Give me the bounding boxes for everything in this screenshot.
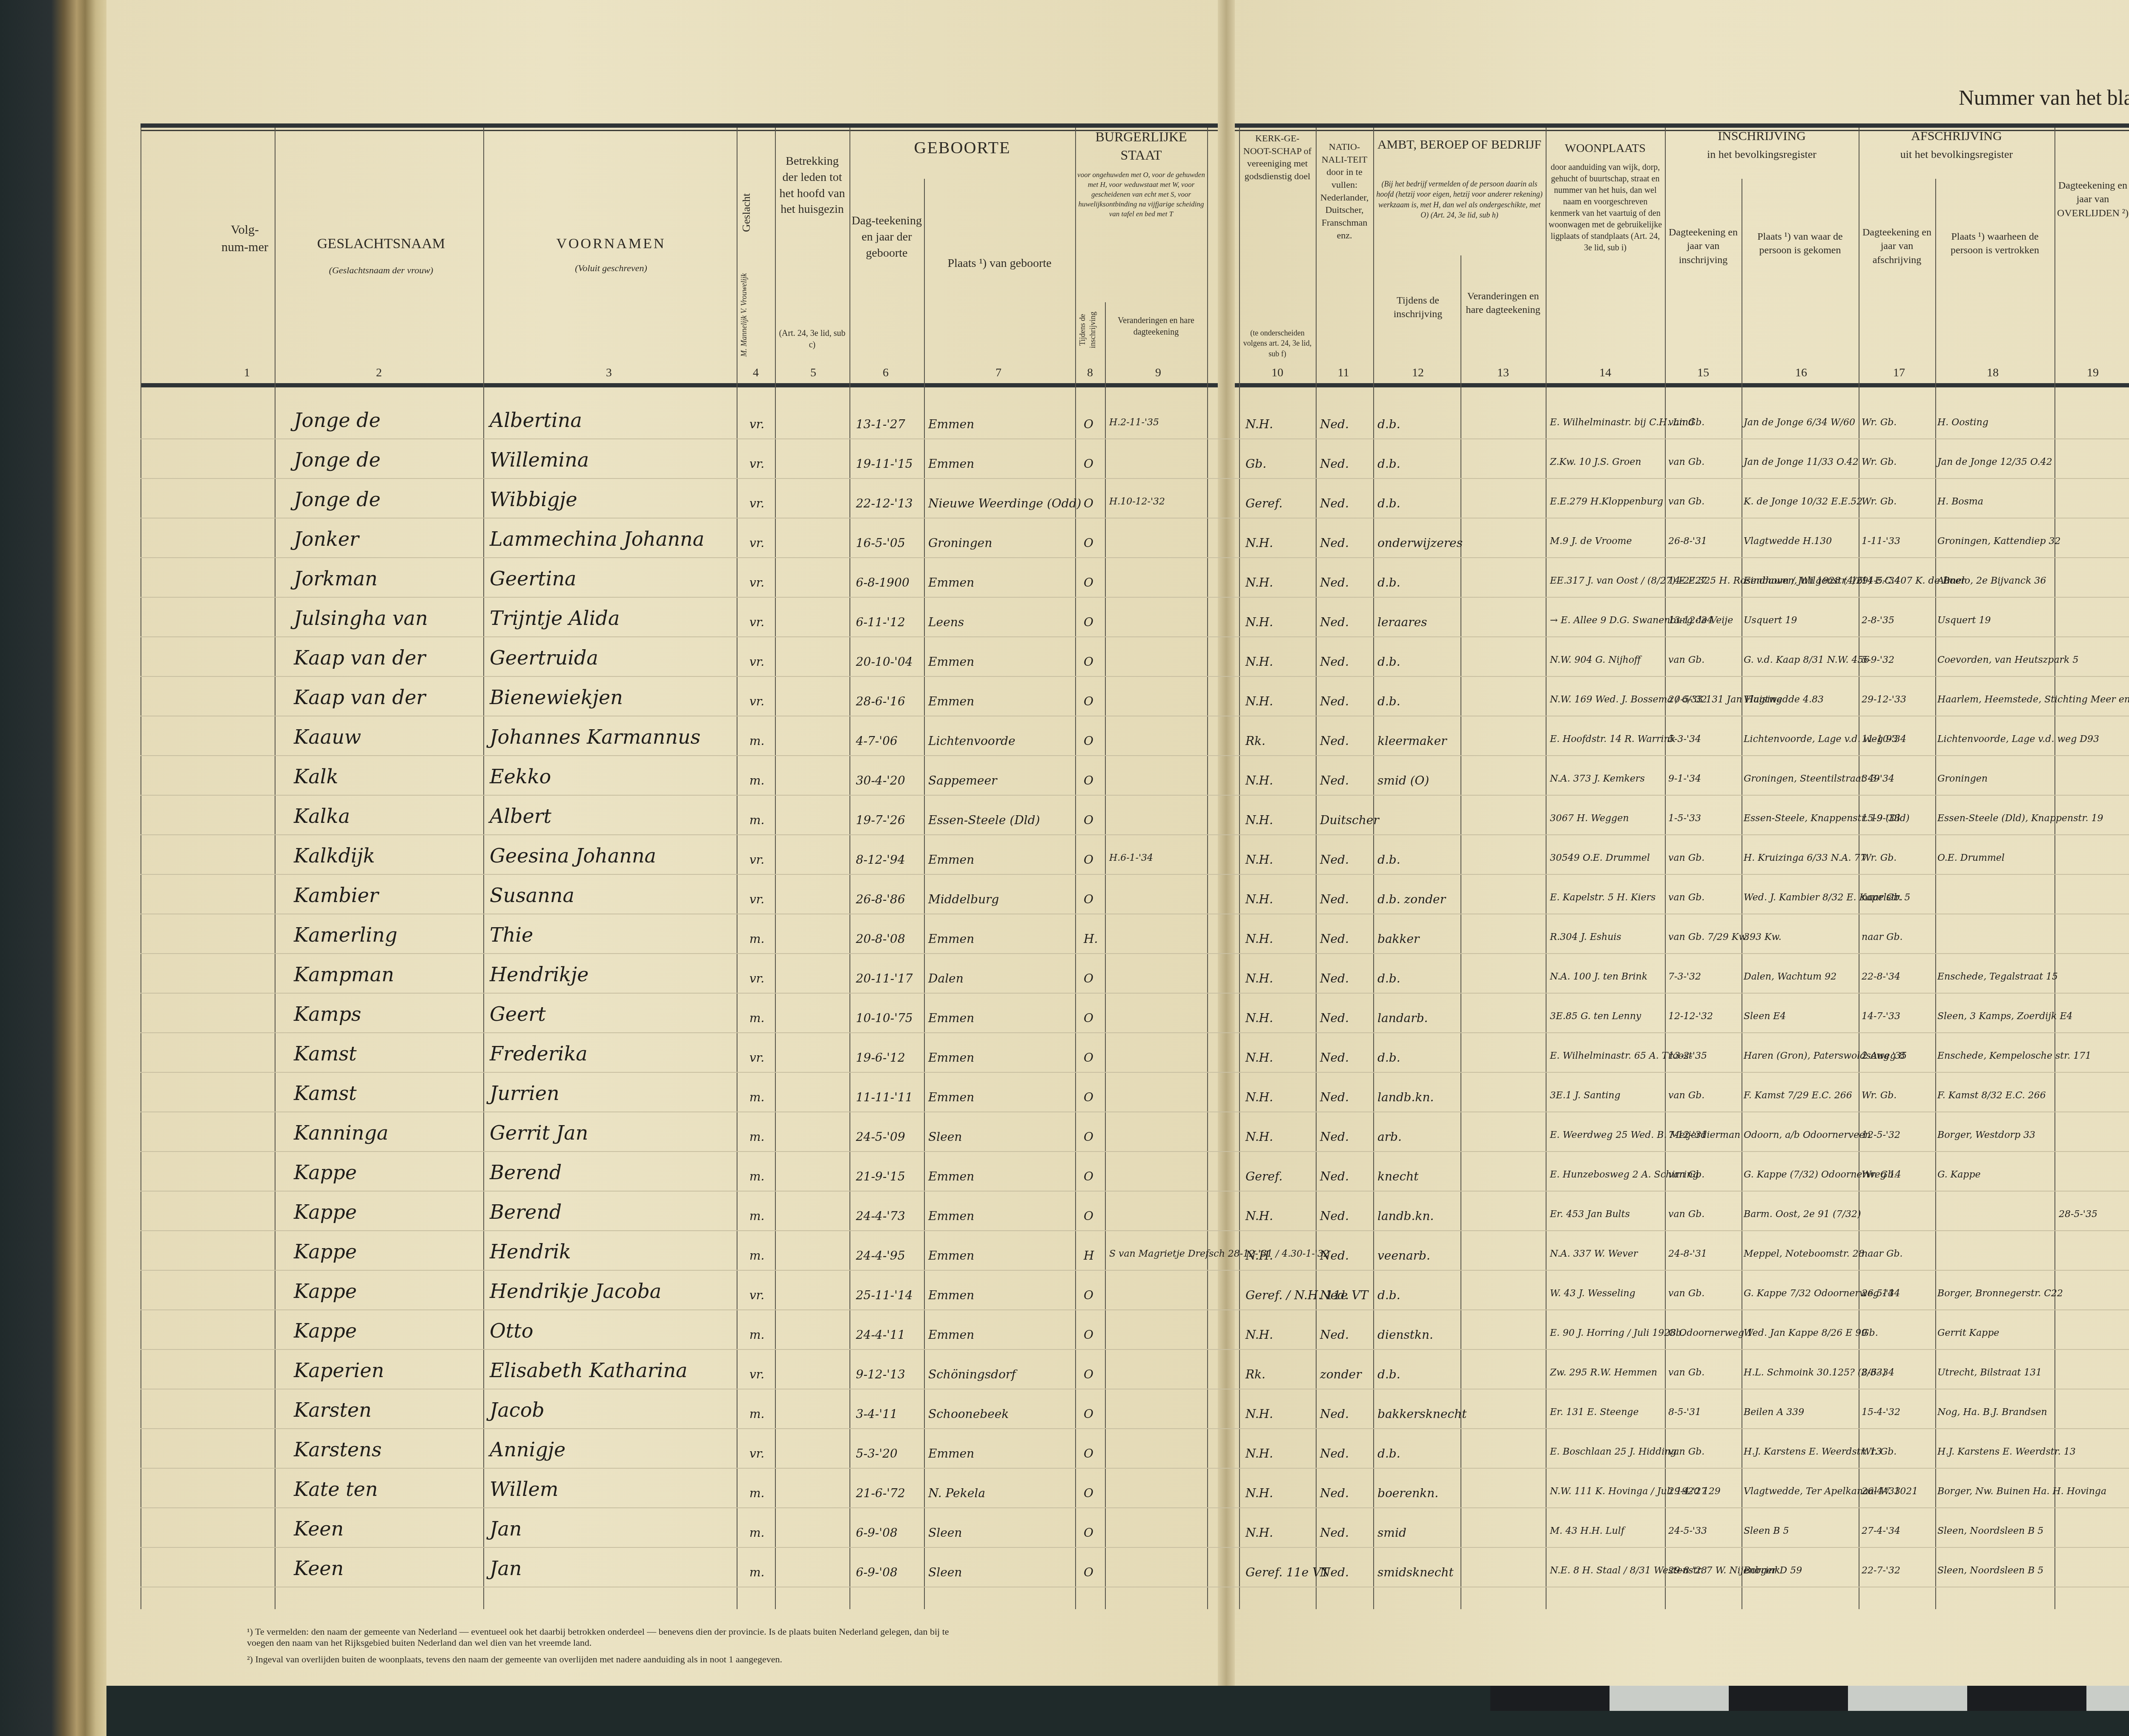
row-24-residence: Zw. 295 R.W. Hemmen xyxy=(1550,1367,1657,1378)
row-15-given: Geert xyxy=(490,1003,546,1026)
row-1-ins-date: van Gb. xyxy=(1668,457,1704,467)
book-edge-left xyxy=(0,0,106,1736)
colnum-9: 9 xyxy=(1150,366,1167,380)
row-19-church: Geref. xyxy=(1245,1169,1283,1183)
header-group-geboorte: GEBOORTE xyxy=(852,136,1073,159)
row-17-ins-date: van Gb. xyxy=(1668,1090,1704,1101)
row-2-residence: E.E.279 H.Kloppenburg xyxy=(1550,496,1663,507)
row-6-nat: Ned. xyxy=(1320,655,1349,669)
row-14-occupation: d.b. xyxy=(1377,971,1400,985)
colnum-10: 10 xyxy=(1269,366,1286,380)
row-19-af-date: Wr. Gb. xyxy=(1862,1169,1897,1180)
row-27-given: Willem xyxy=(490,1478,558,1501)
row-0-ins-date: van Gb. xyxy=(1668,417,1704,428)
row-26-occupation: d.b. xyxy=(1377,1447,1400,1461)
row-22-sex: vr. xyxy=(749,1288,764,1302)
row-25-birth-place: Schoonebeek xyxy=(928,1407,1009,1421)
row-26-nat: Ned. xyxy=(1320,1447,1349,1461)
row-19-occupation: knecht xyxy=(1377,1169,1419,1183)
row-2-ins-from: K. de Jonge 10/32 E.E.52 xyxy=(1744,496,1862,507)
row-0-nat: Ned. xyxy=(1320,417,1349,431)
row-9-ins-date: 9-1-'34 xyxy=(1668,773,1701,784)
row-22-af-to: Borger, Bronnegerstr. C22 xyxy=(1937,1288,2063,1299)
row-16-ins-date: 13-2-'35 xyxy=(1668,1051,1707,1061)
row-9-sex: m. xyxy=(749,773,764,788)
row-13-ins-from: 393 Kw. xyxy=(1744,932,1782,942)
row-1-birth-place: Emmen xyxy=(928,457,974,471)
row-7-civil: O xyxy=(1084,694,1093,708)
ruled-line xyxy=(141,518,2129,519)
row-5-birth-place: Leens xyxy=(928,615,964,629)
row-5-nat: Ned. xyxy=(1320,615,1349,629)
row-7-occupation: d.b. xyxy=(1377,694,1400,708)
row-2-surname: Jonge de xyxy=(294,488,381,511)
colnum-13: 13 xyxy=(1495,366,1512,380)
row-12-ins-date: van Gb. xyxy=(1668,892,1704,903)
row-16-surname: Kamst xyxy=(294,1042,357,1065)
row-12-church: N.H. xyxy=(1245,892,1273,906)
row-8-sex: m. xyxy=(749,734,764,748)
header-afschrijving-sub: uit het bevolkingsregister xyxy=(1861,147,2052,162)
row-5-civil: O xyxy=(1084,615,1093,629)
row-16-birth-date: 19-6-'12 xyxy=(856,1051,905,1065)
colnum-14: 14 xyxy=(1597,366,1614,380)
row-16-church: N.H. xyxy=(1245,1051,1273,1065)
header-col-19: Dagteekening en jaar van OVERLIJDEN ²) xyxy=(2057,179,2129,220)
row-28-surname: Keen xyxy=(294,1517,344,1540)
header-col-2-sub: (Geslachtsnaam der vrouw) xyxy=(281,264,481,277)
row-6-civil: O xyxy=(1084,655,1093,669)
row-23-church: N.H. xyxy=(1245,1328,1273,1342)
row-22-given: Hendrikje Jacoba xyxy=(490,1280,661,1303)
row-15-af-date: 14-7-'33 xyxy=(1862,1011,1900,1022)
row-28-ins-date: 24-5-'33 xyxy=(1668,1526,1707,1536)
ruled-line xyxy=(141,1349,2129,1350)
row-20-occupation: landb.kn. xyxy=(1377,1209,1434,1223)
row-20-nat: Ned. xyxy=(1320,1209,1349,1223)
row-6-af-to: Coevorden, van Heutszpark 5 xyxy=(1937,655,2078,665)
row-12-occupation: d.b. zonder xyxy=(1377,892,1446,906)
ruled-line xyxy=(141,1032,2129,1033)
row-0-birth-date: 13-1-'27 xyxy=(856,417,905,431)
row-23-civil: O xyxy=(1084,1328,1093,1342)
row-22-birth-date: 25-11-'14 xyxy=(856,1288,913,1302)
row-21-sex: m. xyxy=(749,1249,764,1263)
ruled-line xyxy=(141,557,2129,558)
row-5-ins-from: Usquert 19 xyxy=(1744,615,1797,626)
row-8-church: Rk. xyxy=(1245,734,1265,748)
row-23-af-date: Gb. xyxy=(1862,1328,1878,1338)
row-12-sex: vr. xyxy=(749,892,764,906)
row-11-civil-change: H.6-1-'34 xyxy=(1109,853,1153,863)
row-22-residence: W. 43 J. Wesseling xyxy=(1550,1288,1635,1299)
row-25-af-date: 15-4-'32 xyxy=(1862,1407,1900,1418)
row-21-surname: Kappe xyxy=(294,1240,357,1263)
row-20-ins-date: van Gb. xyxy=(1668,1209,1704,1220)
row-22-surname: Kappe xyxy=(294,1280,357,1303)
ruled-line xyxy=(141,438,2129,439)
row-7-birth-place: Emmen xyxy=(928,694,974,708)
colnum-1: 1 xyxy=(238,366,255,380)
row-23-surname: Kappe xyxy=(294,1319,357,1342)
row-22-church: Geref. / N.H. 11e VT xyxy=(1245,1288,1368,1302)
header-col-3-sub: (Voluit geschreven) xyxy=(490,262,732,275)
row-1-af-date: Wr. Gb. xyxy=(1862,457,1897,467)
row-16-sex: vr. xyxy=(749,1051,764,1065)
row-2-birth-date: 22-12-'13 xyxy=(856,496,913,510)
row-21-church: N.H. xyxy=(1245,1249,1273,1263)
row-10-sex: m. xyxy=(749,813,764,827)
row-1-residence: Z.Kw. 10 J.S. Groen xyxy=(1550,457,1641,467)
row-6-church: N.H. xyxy=(1245,655,1273,669)
row-13-af-date: naar Gb. xyxy=(1862,932,1903,942)
row-17-af-date: Wr. Gb. xyxy=(1862,1090,1897,1101)
row-7-given: Bienewiekjen xyxy=(490,686,623,709)
header-col-11: NATIO-NALI-TEIT door in te vullen: Neder… xyxy=(1318,140,1371,242)
row-29-church: Geref. 11e VT xyxy=(1245,1565,1329,1579)
col-line xyxy=(1373,128,1374,1609)
row-1-nat: Ned. xyxy=(1320,457,1349,471)
row-16-nat: Ned. xyxy=(1320,1051,1349,1065)
row-2-af-date: Wr. Gb. xyxy=(1862,496,1897,507)
col-line xyxy=(1105,302,1106,1609)
row-5-church: N.H. xyxy=(1245,615,1273,629)
row-20-surname: Kappe xyxy=(294,1200,357,1223)
row-17-given: Jurrien xyxy=(490,1082,560,1105)
row-9-given: Eekko xyxy=(490,765,551,788)
row-9-birth-place: Sappemeer xyxy=(928,773,997,788)
row-4-given: Geertina xyxy=(490,567,576,590)
row-25-sex: m. xyxy=(749,1407,764,1421)
row-1-surname: Jonge de xyxy=(294,448,381,471)
row-24-birth-date: 9-12-'13 xyxy=(856,1367,905,1381)
row-28-civil: O xyxy=(1084,1526,1093,1540)
row-22-birth-place: Emmen xyxy=(928,1288,974,1302)
row-5-af-date: 2-8-'35 xyxy=(1862,615,1894,626)
row-10-given: Albert xyxy=(490,805,551,828)
row-25-nat: Ned. xyxy=(1320,1407,1349,1421)
row-12-given: Susanna xyxy=(490,884,574,907)
header-col-18: Plaats ¹) waarheen de persoon is vertrok… xyxy=(1937,230,2052,258)
ruled-line xyxy=(141,1468,2129,1469)
header-col-1: Volg-num-mer xyxy=(221,221,268,256)
col-line xyxy=(275,128,275,1609)
row-4-nat: Ned. xyxy=(1320,576,1349,590)
row-29-ins-date: 29-8-'28 xyxy=(1668,1565,1707,1576)
colnum-5: 5 xyxy=(805,366,822,380)
row-0-civil: O xyxy=(1084,417,1093,431)
header-col-8: Tijdens de inschrijving xyxy=(1077,307,1103,353)
header-group-afschrijving: AFSCHRIJVING xyxy=(1861,128,2052,145)
row-17-civil: O xyxy=(1084,1090,1093,1104)
row-23-residence: E. 90 J. Horring / Juli 1928 Odoornerweg… xyxy=(1550,1328,1753,1338)
row-7-church: N.H. xyxy=(1245,694,1273,708)
ruled-line xyxy=(141,795,2129,796)
row-2-af-to: H. Bosma xyxy=(1937,496,1983,507)
row-29-birth-date: 6-9-'08 xyxy=(856,1565,898,1579)
row-15-sex: m. xyxy=(749,1011,764,1025)
row-15-civil: O xyxy=(1084,1011,1093,1025)
row-17-birth-place: Emmen xyxy=(928,1090,974,1104)
row-18-church: N.H. xyxy=(1245,1130,1273,1144)
row-8-af-to: Lichtenvoorde, Lage v.d. weg D93 xyxy=(1937,734,2099,745)
row-18-nat: Ned. xyxy=(1320,1130,1349,1144)
row-29-occupation: smidsknecht xyxy=(1377,1565,1454,1579)
row-4-af-date: 14-5-'34 xyxy=(1862,576,1900,586)
colnum-19: 19 xyxy=(2084,366,2101,380)
row-24-occupation: d.b. xyxy=(1377,1367,1400,1381)
row-4-church: N.H. xyxy=(1245,576,1273,590)
row-12-af-date: naar Gb. xyxy=(1862,892,1903,903)
row-7-nat: Ned. xyxy=(1320,694,1349,708)
row-12-nat: Ned. xyxy=(1320,892,1349,906)
row-7-af-to: Haarlem, Heemstede, Stichting Meer en Bo… xyxy=(1937,694,2129,705)
row-16-occupation: d.b. xyxy=(1377,1051,1400,1065)
row-14-birth-date: 20-11-'17 xyxy=(856,971,913,985)
row-15-church: N.H. xyxy=(1245,1011,1273,1025)
row-24-civil: O xyxy=(1084,1367,1093,1381)
row-2-civil-change: H.10-12-'32 xyxy=(1109,496,1165,507)
row-27-ins-date: 29-4-'27 xyxy=(1668,1486,1707,1497)
row-13-surname: Kamerling xyxy=(294,923,397,946)
row-24-nat: zonder xyxy=(1320,1367,1362,1381)
row-3-af-to: Groningen, Kattendiep 32 xyxy=(1937,536,2061,547)
row-23-ins-date: Gb. xyxy=(1668,1328,1685,1338)
row-13-ins-date: van Gb. 7/29 Kw. xyxy=(1668,932,1748,942)
top-rule-left xyxy=(141,123,1218,128)
col-line xyxy=(737,128,737,1609)
row-1-occupation: d.b. xyxy=(1377,457,1400,471)
row-8-occupation: kleermaker xyxy=(1377,734,1447,748)
row-8-surname: Kaauw xyxy=(294,725,361,748)
row-21-residence: N.A. 337 W. Wever xyxy=(1550,1249,1638,1259)
row-23-af-to: Gerrit Kappe xyxy=(1937,1328,1999,1338)
row-22-occupation: d.b. xyxy=(1377,1288,1400,1302)
row-21-ins-date: 24-8-'31 xyxy=(1668,1249,1707,1259)
header-col-5-sub: (Art. 24, 3e lid, sub c) xyxy=(777,328,847,351)
colnum-15: 15 xyxy=(1695,366,1712,380)
row-24-af-date: 8-6-'34 xyxy=(1862,1367,1894,1378)
row-26-surname: Karstens xyxy=(294,1438,382,1461)
row-17-birth-date: 11-11-'11 xyxy=(856,1090,913,1104)
col-line xyxy=(1207,128,1208,1609)
row-14-af-to: Enschede, Tegalstraat 15 xyxy=(1937,971,2058,982)
row-21-birth-place: Emmen xyxy=(928,1249,974,1263)
row-4-birth-place: Emmen xyxy=(928,576,974,590)
row-0-ins-from: Jan de Jonge 6/34 W/60 xyxy=(1744,417,1855,428)
ruled-line xyxy=(141,755,2129,756)
row-15-residence: 3E.85 G. ten Lenny xyxy=(1550,1011,1641,1022)
row-13-birth-date: 20-8-'08 xyxy=(856,932,905,946)
row-5-surname: Julsingha van xyxy=(294,607,428,630)
col-line xyxy=(483,128,484,1609)
row-18-birth-date: 24-5-'09 xyxy=(856,1130,905,1144)
row-25-residence: Er. 131 E. Steenge xyxy=(1550,1407,1638,1418)
row-6-occupation: d.b. xyxy=(1377,655,1400,669)
row-6-ins-from: G. v.d. Kaap 8/31 N.W. 456 xyxy=(1744,655,1869,665)
row-19-surname: Kappe xyxy=(294,1161,357,1184)
row-11-sex: vr. xyxy=(749,853,764,867)
row-25-occupation: bakkersknecht xyxy=(1377,1407,1466,1421)
footnote-2: ²) Ingeval van overlijden buiten de woon… xyxy=(247,1654,971,1665)
row-10-ins-date: 1-5-'33 xyxy=(1668,813,1701,824)
row-3-birth-date: 16-5-'05 xyxy=(856,536,905,550)
ruled-line xyxy=(141,716,2129,716)
row-0-af-to: H. Oosting xyxy=(1937,417,1988,428)
row-15-birth-date: 10-10-'75 xyxy=(856,1011,913,1025)
row-8-af-date: 11-10-'34 xyxy=(1862,734,1906,745)
row-21-civil: H xyxy=(1084,1249,1094,1263)
col-line xyxy=(1546,128,1547,1609)
header-group-burgerlijke-staat: BURGERLIJKE STAAT xyxy=(1077,128,1205,164)
colnum-17: 17 xyxy=(1891,366,1908,380)
row-12-surname: Kambier xyxy=(294,884,379,907)
row-29-af-date: 22-7-'32 xyxy=(1862,1565,1900,1576)
header-col-10-sub: (te onderscheiden volgens art. 24, 3e li… xyxy=(1241,328,1314,359)
row-11-ins-date: van Gb. xyxy=(1668,853,1704,863)
row-0-occupation: d.b. xyxy=(1377,417,1400,431)
row-25-civil: O xyxy=(1084,1407,1093,1421)
ruled-line xyxy=(141,1230,2129,1231)
ruled-line xyxy=(141,597,2129,598)
row-18-residence: E. Weerdweg 25 Wed. B. Meijerdierman xyxy=(1550,1130,1740,1140)
row-15-birth-place: Emmen xyxy=(928,1011,974,1025)
row-23-ins-from: Wed. Jan Kappe 8/26 E 99 xyxy=(1744,1328,1867,1338)
row-21-given: Hendrik xyxy=(490,1240,571,1263)
top-rule-left-thin xyxy=(141,130,1218,131)
row-15-occupation: landarb. xyxy=(1377,1011,1428,1025)
row-8-civil: O xyxy=(1084,734,1093,748)
row-12-civil: O xyxy=(1084,892,1093,906)
row-19-ins-date: van Gb. xyxy=(1668,1169,1704,1180)
row-13-nat: Ned. xyxy=(1320,932,1349,946)
row-21-civil-change: S van Magrietje Drefsch 28-12-'31 / 4.30… xyxy=(1109,1249,1329,1259)
row-7-surname: Kaap van der xyxy=(294,686,426,709)
header-bottom-rule-right xyxy=(1235,383,2129,387)
row-10-surname: Kalka xyxy=(294,805,350,828)
colnum-12: 12 xyxy=(1409,366,1426,380)
col-line xyxy=(924,179,925,1609)
row-24-sex: vr. xyxy=(749,1367,764,1381)
row-26-residence: E. Boschlaan 25 J. Hidding xyxy=(1550,1447,1676,1457)
row-24-ins-date: van Gb. xyxy=(1668,1367,1704,1378)
row-15-ins-date: 12-12-'32 xyxy=(1668,1011,1713,1022)
row-2-sex: vr. xyxy=(749,496,764,510)
row-3-civil: O xyxy=(1084,536,1093,550)
row-21-birth-date: 24-4-'95 xyxy=(856,1249,905,1263)
row-6-sex: vr. xyxy=(749,655,764,669)
row-27-surname: Kate ten xyxy=(294,1478,378,1501)
row-16-af-to: Enschede, Kempelosche str. 171 xyxy=(1937,1051,2091,1061)
row-8-given: Johannes Karmannus xyxy=(490,725,700,748)
row-26-birth-date: 5-3-'20 xyxy=(856,1447,898,1461)
row-29-surname: Keen xyxy=(294,1557,344,1580)
row-6-birth-place: Emmen xyxy=(928,655,974,669)
row-6-birth-date: 20-10-'04 xyxy=(856,655,913,669)
row-23-occupation: dienstkn. xyxy=(1377,1328,1433,1342)
row-1-civil: O xyxy=(1084,457,1093,471)
row-25-surname: Karsten xyxy=(294,1398,372,1421)
row-27-birth-place: N. Pekela xyxy=(928,1486,985,1500)
row-28-birth-place: Sleen xyxy=(928,1526,962,1540)
ruled-line xyxy=(141,1547,2129,1548)
row-20-birth-date: 24-4-'73 xyxy=(856,1209,905,1223)
row-7-birth-date: 28-6-'16 xyxy=(856,694,905,708)
row-20-civil: O xyxy=(1084,1209,1093,1223)
row-11-surname: Kalkdijk xyxy=(294,844,375,867)
header-col-3: VOORNAMEN xyxy=(490,234,732,254)
row-28-occupation: smid xyxy=(1377,1526,1406,1540)
col-line xyxy=(775,128,776,1609)
ruled-line xyxy=(141,874,2129,875)
ruled-line xyxy=(141,1191,2129,1192)
row-28-residence: M. 43 H.H. Lulf xyxy=(1550,1526,1624,1536)
row-19-civil: O xyxy=(1084,1169,1093,1183)
row-12-birth-date: 26-8-'86 xyxy=(856,892,905,906)
row-11-ins-from: H. Kruizinga 6/33 N.A. 77 xyxy=(1744,853,1866,863)
row-22-af-date: 26.5-'34 xyxy=(1862,1288,1900,1299)
header-inschrijving-sub: in het bevolkingsregister xyxy=(1667,147,1856,162)
row-7-ins-from: Vlagtwedde 4.83 xyxy=(1744,694,1824,705)
row-10-civil: O xyxy=(1084,813,1093,827)
col-line xyxy=(1859,128,1859,1609)
row-19-birth-date: 21-9-'15 xyxy=(856,1169,905,1183)
row-18-af-date: 12-5-'32 xyxy=(1862,1130,1900,1140)
row-27-occupation: boerenkn. xyxy=(1377,1486,1438,1500)
row-24-given: Elisabeth Katharina xyxy=(490,1359,688,1382)
row-18-ins-date: 7-12-'31 xyxy=(1668,1130,1707,1140)
row-14-ins-from: Dalen, Wachtum 92 xyxy=(1744,971,1836,982)
header-col-14-sub: door aanduiding van wijk, dorp, gehucht … xyxy=(1548,162,1663,254)
header-col-13: Veranderingen en hare dagteekening xyxy=(1463,289,1544,317)
row-11-birth-date: 8-12-'94 xyxy=(856,853,905,867)
row-3-sex: vr. xyxy=(749,536,764,550)
row-3-nat: Ned. xyxy=(1320,536,1349,550)
row-10-af-date: 15-9-'33 xyxy=(1862,813,1900,824)
row-24-af-to: Utrecht, Bilstraat 131 xyxy=(1937,1367,2042,1378)
row-3-ins-date: 26-8-'31 xyxy=(1668,536,1707,547)
row-8-ins-date: 5-3-'34 xyxy=(1668,734,1701,745)
row-2-given: Wibbigje xyxy=(490,488,577,511)
ruled-line xyxy=(141,636,2129,637)
row-11-af-to: O.E. Drummel xyxy=(1937,853,2005,863)
row-10-church: N.H. xyxy=(1245,813,1273,827)
row-17-nat: Ned. xyxy=(1320,1090,1349,1104)
row-25-ins-date: 8-5-'31 xyxy=(1668,1407,1701,1418)
row-19-sex: m. xyxy=(749,1169,764,1183)
row-12-residence: E. Kapelstr. 5 H. Kiers xyxy=(1550,892,1656,903)
row-5-occupation: leraares xyxy=(1377,615,1427,629)
ruled-line xyxy=(141,1151,2129,1152)
row-26-af-to: H.J. Karstens E. Weerdstr. 13 xyxy=(1937,1447,2076,1457)
row-23-given: Otto xyxy=(490,1319,533,1342)
row-14-birth-place: Dalen xyxy=(928,971,964,985)
row-7-ins-date: 20-5-'32 xyxy=(1668,694,1707,705)
header-col-7: Plaats ¹) van geboorte xyxy=(926,255,1073,272)
row-25-ins-from: Beilen A 339 xyxy=(1744,1407,1804,1418)
row-26-church: N.H. xyxy=(1245,1447,1273,1461)
row-5-birth-date: 6-11-'12 xyxy=(856,615,905,629)
row-25-given: Jacob xyxy=(490,1398,545,1421)
row-9-birth-date: 30-4-'20 xyxy=(856,773,905,788)
row-0-birth-place: Emmen xyxy=(928,417,974,431)
header-bottom-rule-left xyxy=(141,383,1218,387)
row-15-ins-from: Sleen E4 xyxy=(1744,1011,1786,1022)
ruled-line xyxy=(141,1428,2129,1429)
row-13-civil: H. xyxy=(1084,932,1098,946)
row-14-af-date: 22-8-'34 xyxy=(1862,971,1900,982)
row-16-af-date: 2 Aug '35 xyxy=(1862,1051,1907,1061)
